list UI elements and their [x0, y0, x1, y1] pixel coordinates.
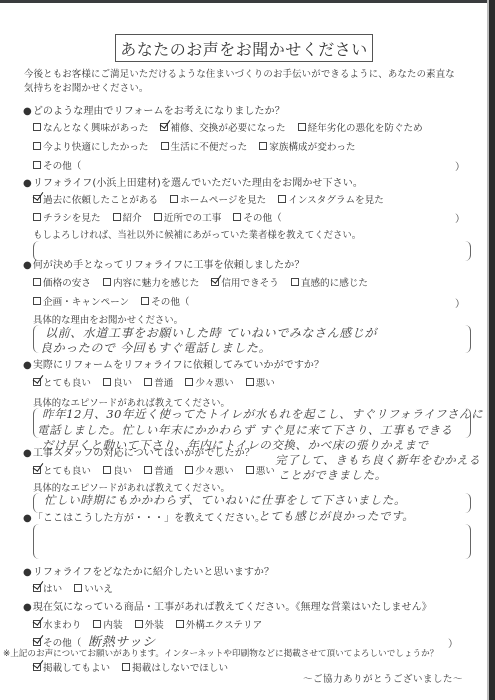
page-title: あなたのお声をお聞かせください	[120, 37, 368, 60]
question-label: 現在気になっている商品・工事があれば教えてください。《無理な営業はいたしません》	[33, 602, 432, 613]
options-row: その他（	[33, 158, 81, 172]
option-label: ホームページを見た	[180, 192, 266, 206]
option-label: とても良い	[43, 375, 91, 389]
checkbox-checked-icon[interactable]	[33, 378, 41, 386]
option-label: 普通	[154, 375, 173, 389]
checkbox-icon[interactable]	[154, 213, 162, 221]
option-flyer[interactable]: チラシを見た	[33, 210, 101, 224]
checkbox-icon[interactable]	[185, 378, 193, 386]
option-other[interactable]: その他（	[141, 294, 189, 308]
option-past-client[interactable]: 過去に依頼したことがある	[33, 192, 158, 206]
checkbox-icon[interactable]	[185, 466, 193, 474]
handwritten-answer: 良かったので 今回もすぐ電話しました。	[40, 339, 271, 356]
option-label: その他（	[151, 294, 189, 308]
options-row: はい いいえ	[33, 581, 113, 595]
option-label: 外装	[145, 617, 164, 631]
option-homepage[interactable]: ホームページを見た	[170, 192, 266, 206]
checkbox-icon[interactable]	[33, 123, 41, 131]
question-staff: ●工事スタッフの対応についてはいかがでしたか？	[23, 444, 255, 459]
question-choose-reason: ●リフォライフ(小浜上田建材)を選んでいただいた理由をお聞かせ下さい。	[23, 174, 363, 189]
bullet-icon: ●	[23, 513, 32, 524]
thanks-text: ～ご協力ありがとうございました～	[303, 671, 463, 685]
checkbox-checked-icon[interactable]	[33, 195, 41, 203]
options-row: とても良い 良い 普通 少々悪い 悪い	[33, 463, 275, 477]
options-row: とても良い 良い 普通 少々悪い 悪い	[33, 375, 275, 389]
question-label: リフォライフをどなたかに紹介したいと思いますか？	[33, 567, 274, 578]
options-row: なんとなく興味があった 補修、交換が必要になった 経年劣化の悪化を防ぐため	[33, 120, 423, 134]
bullet-icon: ●	[23, 178, 32, 189]
publish-options-row: 掲載してもよい 掲載はしないでほしい	[33, 660, 228, 674]
checkbox-icon[interactable]	[259, 142, 267, 150]
option-average[interactable]: 普通	[144, 375, 173, 389]
option-label: 企画・キャンペーン	[43, 294, 129, 308]
option-label: 経年劣化の悪化を防ぐため	[308, 120, 423, 134]
option-label: 過去に依頼したことがある	[43, 192, 158, 206]
option-label: 水まわり	[43, 617, 81, 631]
checkbox-icon[interactable]	[233, 213, 241, 221]
checkbox-checked-icon[interactable]	[33, 466, 41, 474]
option-interior[interactable]: 内装	[93, 617, 122, 631]
intro-text: 今後ともお客様にご満足いただけるような住まいづくりのお手伝いができるように、あな…	[24, 68, 464, 96]
checkbox-icon[interactable]	[122, 663, 130, 671]
option-label: 外構エクステリア	[186, 617, 262, 631]
handwritten-answer: 昨年12月、30年近く使ってたトイレが水もれを起こし、すぐリフォライフさんに	[42, 406, 483, 422]
checkbox-icon[interactable]	[298, 123, 306, 131]
option-price[interactable]: 価格の安さ	[33, 275, 91, 289]
option-instagram[interactable]: インスタグラムを見た	[278, 192, 384, 206]
checkbox-icon[interactable]	[93, 620, 101, 628]
checkbox-icon[interactable]	[103, 278, 111, 286]
question-label: 実際にリフォームをリフォライフに依頼してみていかがですか？	[33, 360, 324, 371]
checkbox-checked-icon[interactable]	[33, 620, 41, 628]
option-label: 家族構成が変わった	[269, 139, 355, 153]
handwritten-answer: 電話しました。忙しい年末にかかわらず すぐ見に来て下さり、工事もできる	[37, 422, 453, 438]
option-referral[interactable]: 紹介	[113, 210, 142, 224]
handwritten-answer: とても感じが良かったです。	[258, 508, 414, 524]
option-label: 近所での工事	[164, 210, 222, 224]
checkbox-icon[interactable]	[176, 620, 184, 628]
options-row: 今より快適にしたかった 生活に不便だった 家族構成が変わった	[33, 139, 356, 153]
option-label: 信用できそう	[221, 275, 279, 289]
paren-close: ）	[455, 210, 465, 225]
bullet-icon: ●	[23, 360, 32, 371]
option-interest[interactable]: なんとなく興味があった	[33, 120, 148, 134]
publish-note: ※上記のお声についてお願いがあります。インターネットや印刷物などに掲載させて頂い…	[3, 647, 438, 659]
option-average[interactable]: 普通	[144, 463, 173, 477]
checkbox-icon[interactable]	[103, 466, 111, 474]
checkbox-icon[interactable]	[33, 213, 41, 221]
option-publish-no[interactable]: 掲載はしないでほしい	[122, 660, 228, 674]
options-row: 企画・キャンペーン その他（	[33, 294, 190, 308]
checkbox-icon[interactable]	[246, 378, 254, 386]
checkbox-icon[interactable]	[161, 142, 169, 150]
option-label: その他（	[243, 210, 281, 224]
option-label: 掲載してもよい	[43, 660, 110, 674]
bullet-icon: ●	[23, 260, 32, 271]
checkbox-icon[interactable]	[246, 466, 254, 474]
options-row: 価格の安さ 内容に魅力を感じた 信用できそう 直感的に感じた	[33, 275, 368, 289]
option-aging[interactable]: 経年劣化の悪化を防ぐため	[298, 120, 423, 134]
option-label: はい	[43, 581, 62, 595]
question-interest: ●現在気になっている商品・工事があれば教えてください。《無理な営業はいたしません…	[23, 598, 432, 613]
option-label: 普通	[154, 463, 173, 477]
option-label: 少々悪い	[195, 463, 233, 477]
questionnaire-page: あなたのお声をお聞かせください 今後ともお客様にご満足いただけるような住まいづく…	[0, 3, 487, 700]
option-label: いいえ	[84, 581, 113, 595]
checkbox-checked-icon[interactable]	[211, 278, 219, 286]
checkbox-icon[interactable]	[33, 142, 41, 150]
handwritten-answer: 忙しい時期にもかかわらず、ていねいに仕事をして下さいました。	[44, 492, 406, 508]
paren-close: ）	[455, 295, 465, 310]
option-repair[interactable]: 補修、交換が必要になった	[160, 120, 285, 134]
bullet-icon: ●	[23, 567, 32, 578]
option-content[interactable]: 内容に魅力を感じた	[103, 275, 199, 289]
option-very-good[interactable]: とても良い	[33, 463, 91, 477]
option-campaign[interactable]: 企画・キャンペーン	[33, 294, 129, 308]
option-label: 良い	[113, 375, 132, 389]
checkbox-icon[interactable]	[33, 161, 41, 169]
option-publish-ok[interactable]: 掲載してもよい	[33, 660, 110, 674]
question-label: 工事スタッフの対応についてはいかがでしたか？	[33, 448, 255, 459]
handwritten-answer: 完了して、きもち良く新年をむかえる	[275, 452, 480, 468]
paren-close: ）	[448, 635, 458, 650]
option-label: 生活に不便だった	[171, 139, 248, 153]
title-box: あなたのお声をお聞かせください	[115, 34, 373, 62]
checkbox-checked-icon[interactable]	[160, 123, 168, 131]
option-label: 掲載はしないでほしい	[132, 660, 228, 674]
option-label: 内容に魅力を感じた	[113, 275, 199, 289]
option-family[interactable]: 家族構成が変わった	[259, 139, 355, 153]
checkbox-icon[interactable]	[144, 378, 152, 386]
checkbox-icon[interactable]	[135, 620, 143, 628]
option-label: とても良い	[43, 463, 91, 477]
option-label: 少々悪い	[195, 375, 233, 389]
option-other[interactable]: その他（	[233, 210, 281, 224]
options-row: 水まわり 内装 外装 外構エクステリア	[33, 617, 262, 631]
sub-prompt: もしよろしければ、当社以外に候補にあがっていた業者様を教えてください。	[33, 227, 361, 241]
option-intuition[interactable]: 直感的に感じた	[291, 275, 368, 289]
checkbox-checked-icon[interactable]	[33, 584, 41, 592]
option-landscaping[interactable]: 外構エクステリア	[176, 617, 262, 631]
options-row: チラシを見た 紹介 近所での工事 その他（	[33, 210, 282, 224]
checkbox-icon[interactable]	[278, 195, 286, 203]
option-slightly-bad[interactable]: 少々悪い	[185, 375, 233, 389]
option-comfort[interactable]: 今より快適にしたかった	[33, 139, 149, 153]
question-label: 「ここはこうした方が・・・」を教えてください。	[33, 513, 265, 524]
question-label: どのような理由でリフォームをお考えになりましたか？	[33, 106, 285, 117]
option-good[interactable]: 良い	[103, 375, 132, 389]
option-label: 良い	[113, 463, 132, 477]
question-satisfaction: ●実際にリフォームをリフォライフに依頼してみていかがですか？	[23, 356, 324, 371]
question-decision: ●何が決め手となってリフォライフに工事を依頼しましたか？	[23, 256, 304, 271]
option-trust[interactable]: 信用できそう	[211, 275, 279, 289]
checkbox-icon[interactable]	[33, 297, 41, 305]
checkbox-icon[interactable]	[141, 297, 149, 305]
option-label: 紹介	[123, 210, 142, 224]
handwritten-answer: ことができました。	[278, 467, 387, 483]
option-label: インスタグラムを見た	[288, 192, 384, 206]
checkbox-icon[interactable]	[74, 584, 82, 592]
option-label: 悪い	[256, 463, 275, 477]
checkbox-checked-icon[interactable]	[33, 663, 41, 671]
option-very-good[interactable]: とても良い	[33, 375, 91, 389]
question-label: 何が決め手となってリフォライフに工事を依頼しましたか？	[33, 260, 305, 271]
question-reason: ●どのような理由でリフォームをお考えになりましたか？	[23, 102, 285, 117]
checkbox-icon[interactable]	[144, 466, 152, 474]
option-plumbing[interactable]: 水まわり	[33, 617, 81, 631]
option-label: 直感的に感じた	[301, 275, 368, 289]
option-slightly-bad[interactable]: 少々悪い	[185, 463, 233, 477]
checkbox-icon[interactable]	[291, 278, 299, 286]
option-yes[interactable]: はい	[33, 581, 62, 595]
checkbox-checked-icon[interactable]	[33, 638, 41, 646]
scan-right-edge	[489, 0, 495, 700]
bullet-icon: ●	[23, 106, 32, 117]
question-label: リフォライフ(小浜上田建材)を選んでいただいた理由をお聞かせ下さい。	[33, 178, 363, 189]
option-label: 補修、交換が必要になった	[170, 120, 285, 134]
improvement-answer-field[interactable]	[33, 524, 471, 559]
options-row: 過去に依頼したことがある ホームページを見た インスタグラムを見た	[33, 192, 384, 206]
option-nearby-work[interactable]: 近所での工事	[154, 210, 222, 224]
option-label: 内装	[103, 617, 122, 631]
question-recommend: ●リフォライフをどなたかに紹介したいと思いますか？	[23, 563, 274, 578]
question-improvement: ●「ここはこうした方が・・・」を教えてください。	[23, 509, 265, 524]
bullet-icon: ●	[23, 448, 32, 459]
option-exterior[interactable]: 外装	[135, 617, 164, 631]
option-label: なんとなく興味があった	[43, 120, 148, 134]
option-good[interactable]: 良い	[103, 463, 132, 477]
option-label: 悪い	[256, 375, 275, 389]
option-other[interactable]: その他（	[33, 158, 81, 172]
option-label: 価格の安さ	[43, 275, 91, 289]
bullet-icon: ●	[23, 602, 32, 613]
option-label: その他（	[43, 158, 81, 172]
option-bad[interactable]: 悪い	[246, 463, 275, 477]
paren-close: ）	[455, 158, 465, 173]
checkbox-icon[interactable]	[170, 195, 178, 203]
option-label: チラシを見た	[43, 210, 101, 224]
option-inconvenience[interactable]: 生活に不便だった	[161, 139, 248, 153]
option-bad[interactable]: 悪い	[246, 375, 275, 389]
checkbox-icon[interactable]	[103, 378, 111, 386]
checkbox-icon[interactable]	[33, 278, 41, 286]
option-no[interactable]: いいえ	[74, 581, 113, 595]
checkbox-icon[interactable]	[113, 213, 121, 221]
option-label: 今より快適にしたかった	[43, 139, 149, 153]
